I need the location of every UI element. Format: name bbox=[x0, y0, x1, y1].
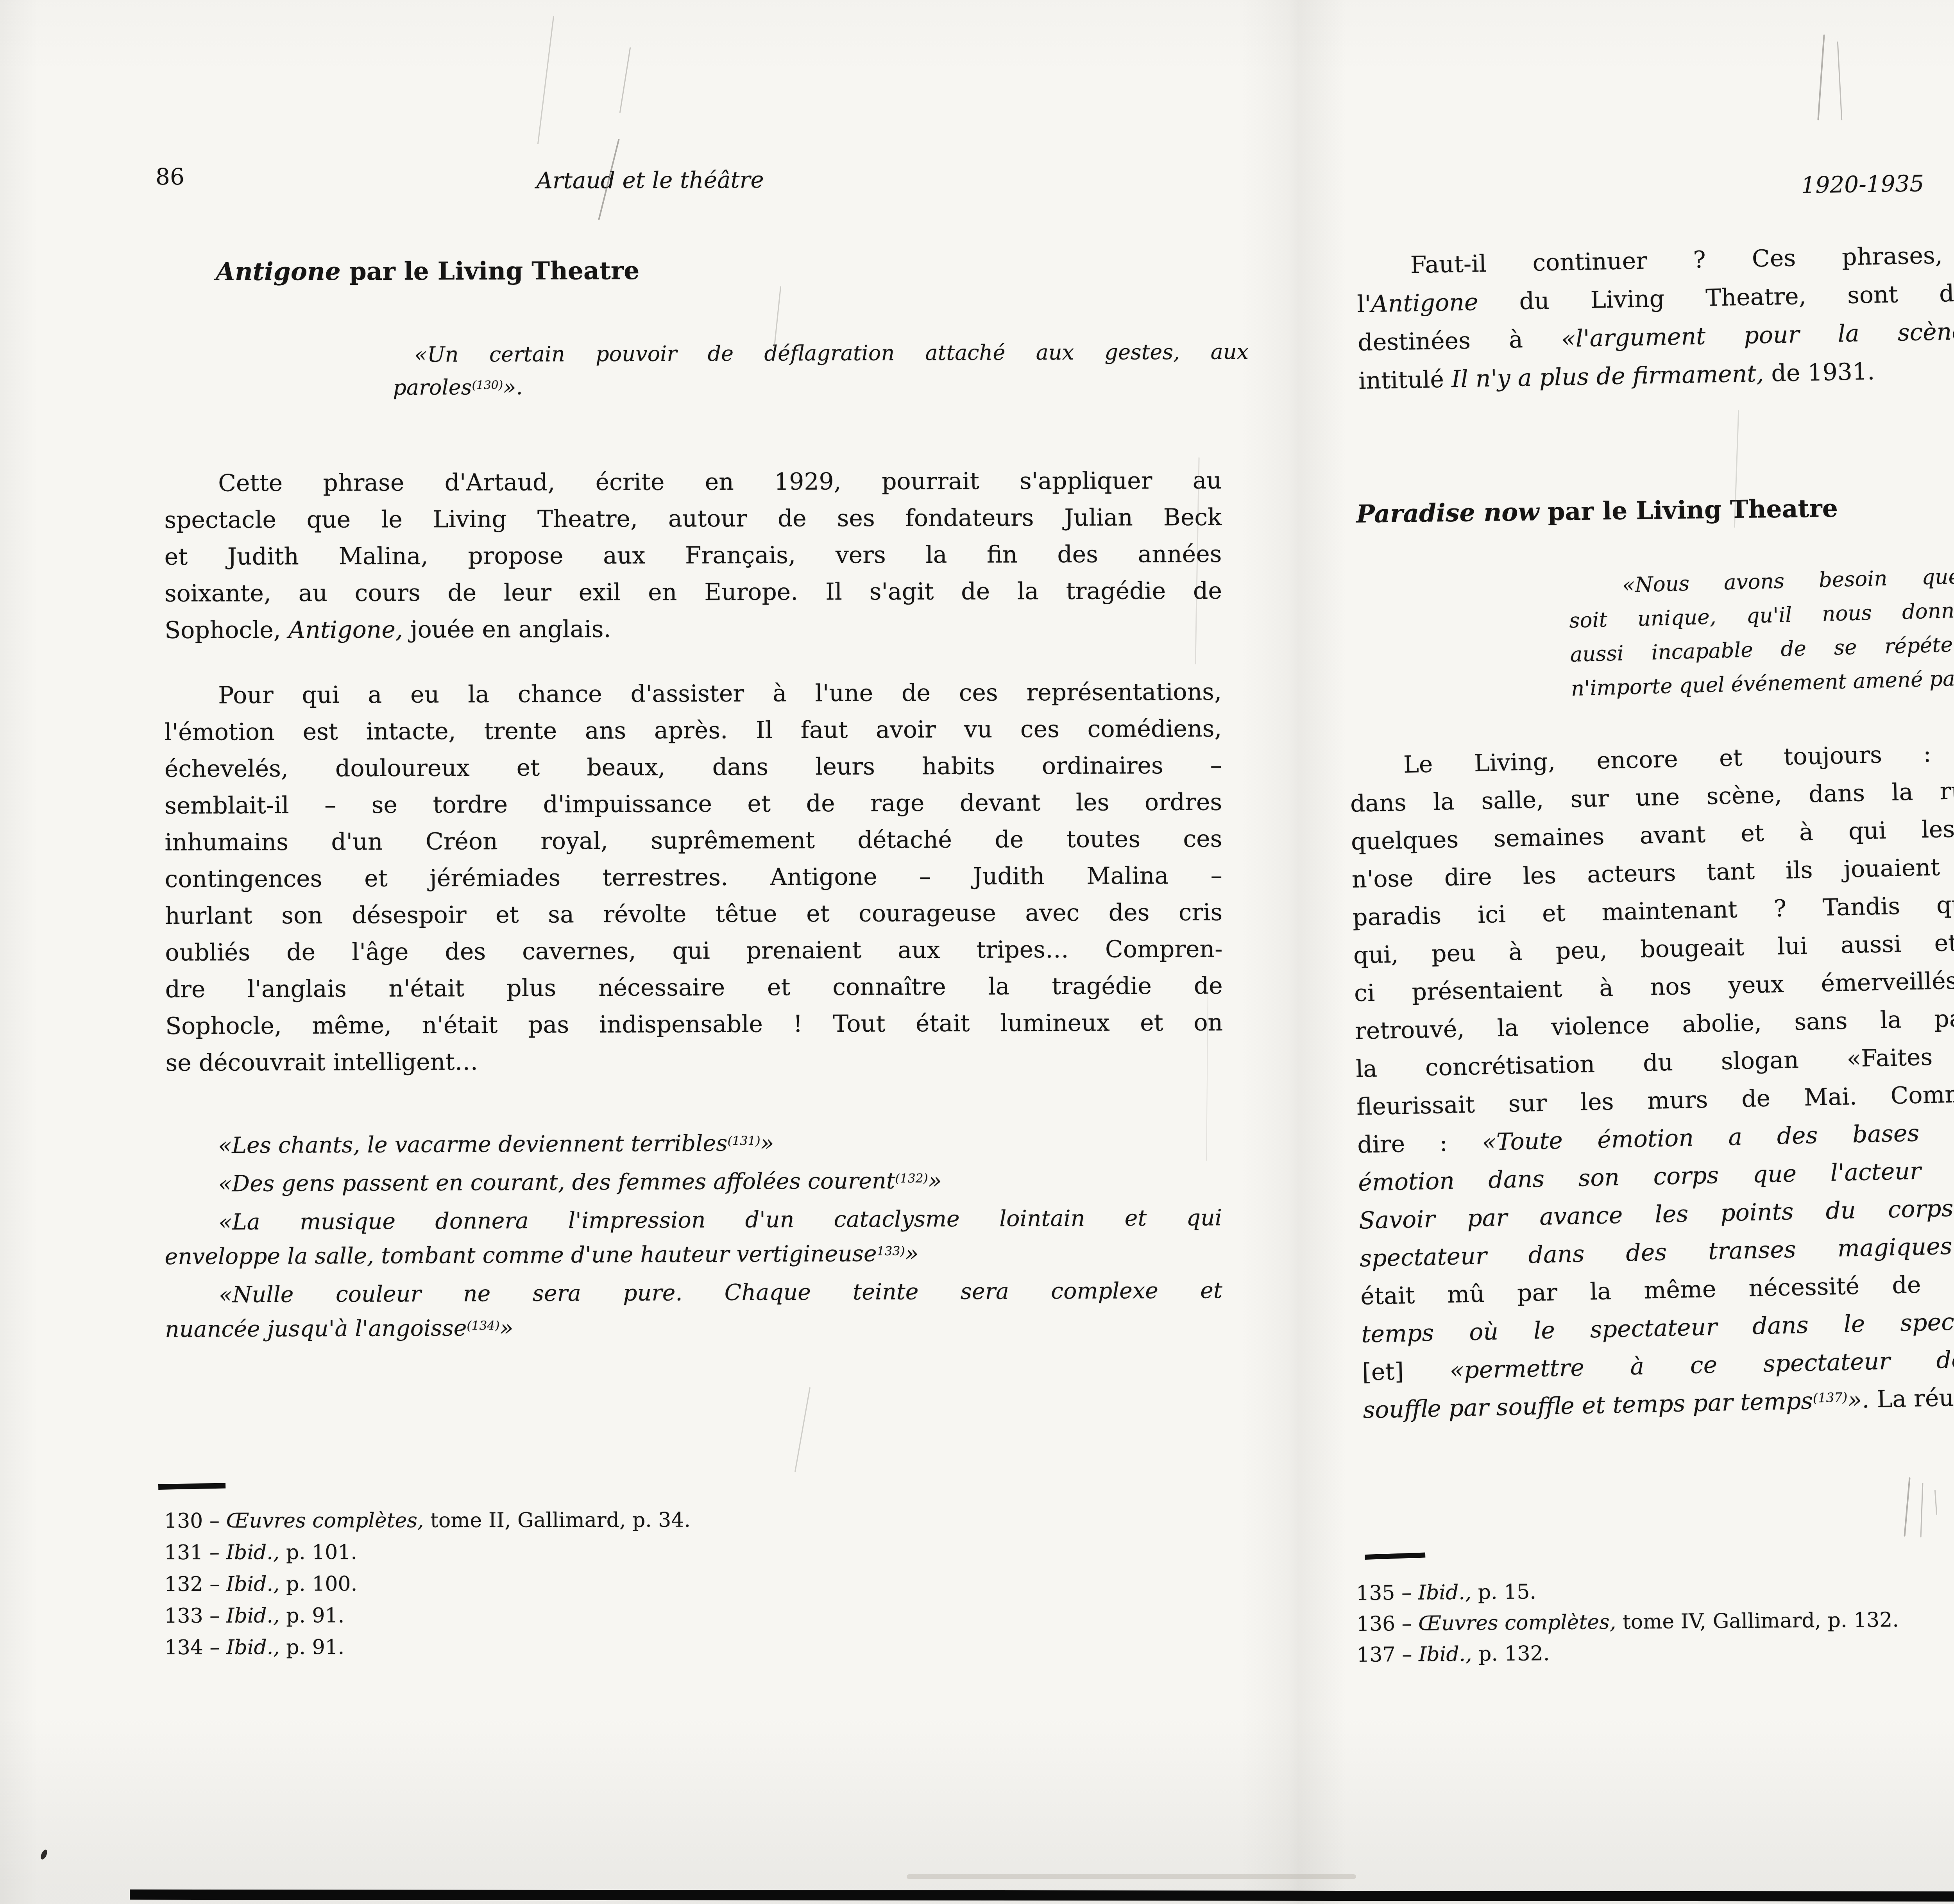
body-paragraph: Le Living, encore et toujours : Paradise… bbox=[1349, 724, 1954, 1430]
book-spread-scan: 86 Artaud et le théâtre Antigone par le … bbox=[0, 0, 1954, 1904]
scan-scratch bbox=[1904, 1477, 1910, 1537]
running-head-right: 1920-1935 bbox=[1801, 170, 1924, 199]
scan-scratch bbox=[619, 47, 631, 113]
scan-scratch bbox=[1934, 1490, 1937, 1515]
page-number-left: 86 bbox=[156, 163, 184, 190]
epigraph-quote-right: «Nous avons besoin que le spectacle auqu… bbox=[1568, 546, 1954, 706]
scan-scratch bbox=[794, 1387, 811, 1472]
scan-scratch bbox=[1920, 1483, 1924, 1537]
body-paragraph: Cette phrase d'Artaud, écrite en 1929, p… bbox=[164, 462, 1222, 649]
body-paragraph: Faut-il continuer ? Ces phrases, que l'o… bbox=[1356, 227, 1954, 400]
footnote-rule-left bbox=[158, 1483, 225, 1490]
scan-scratch bbox=[537, 16, 554, 144]
running-head-left: Artaud et le théâtre bbox=[536, 166, 764, 194]
scan-scratch bbox=[1817, 34, 1825, 120]
scan-scratch bbox=[1837, 41, 1843, 120]
section-title-paradise-now: Paradise now par le Living Theatre bbox=[1356, 494, 1838, 528]
section-title-antigone: Antigone par le Living Theatre bbox=[216, 256, 639, 286]
page-spine-shading bbox=[1241, 0, 1346, 1904]
footnotes-left: 130 – Œuvres complètes, tome II, Gallima… bbox=[164, 1505, 691, 1664]
scan-smudge bbox=[907, 1874, 1356, 1879]
footnote-rule-right bbox=[1365, 1553, 1425, 1560]
epigraph-quote-left: «Un certain pouvoir de déflagration atta… bbox=[393, 335, 1249, 404]
footnotes-right: 135 – Ibid., p. 15.136 – Œuvres complète… bbox=[1356, 1574, 1899, 1671]
body-paragraph: Pour qui a eu la chance d'assister à l'u… bbox=[164, 674, 1223, 1081]
scanner-edge-bar bbox=[130, 1890, 1954, 1902]
stage-direction-quotes: «Les chants, le vacarme deviennent terri… bbox=[164, 1124, 1222, 1351]
ink-speck bbox=[39, 1849, 48, 1861]
